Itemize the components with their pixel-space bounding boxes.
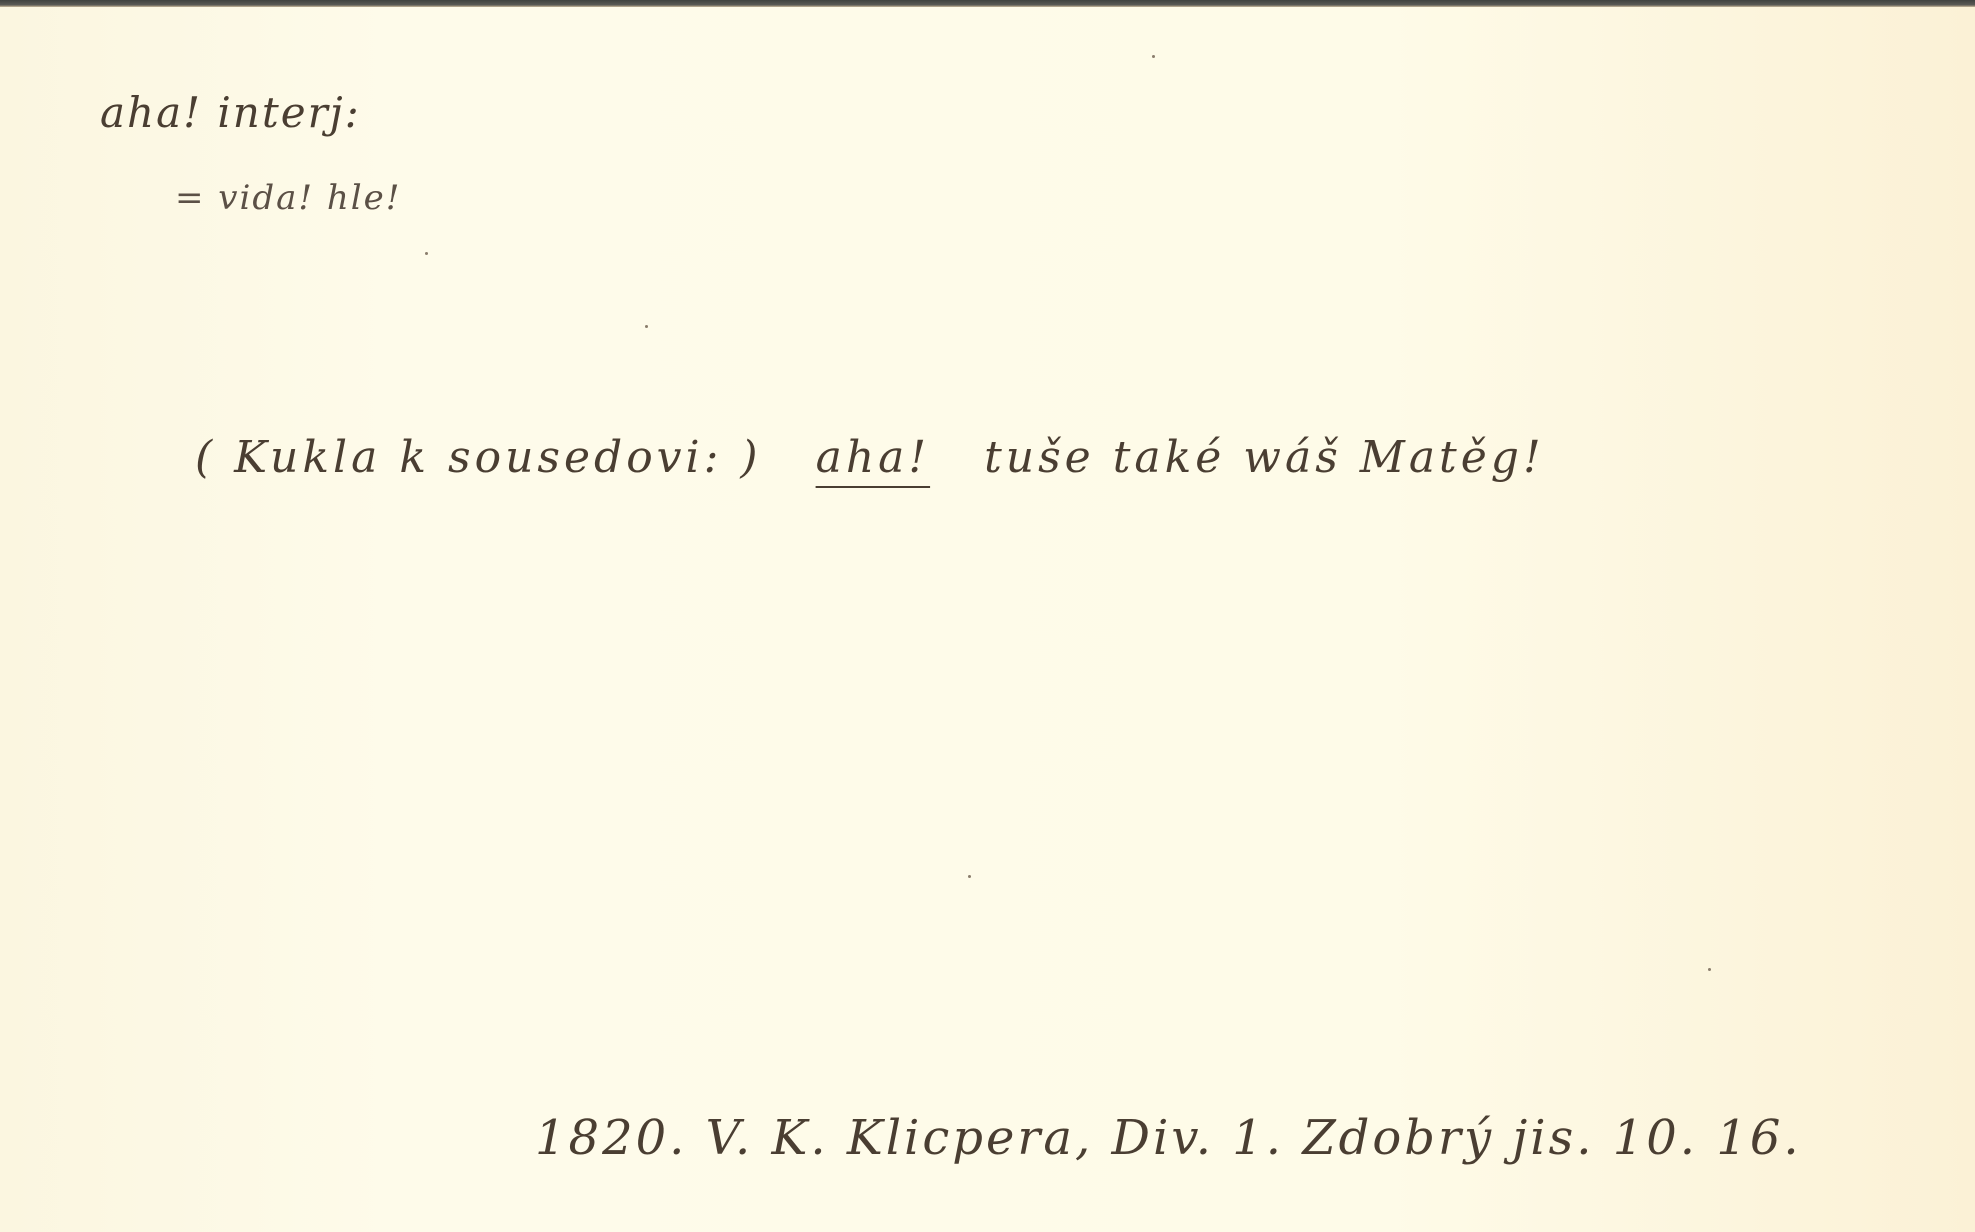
speck bbox=[1708, 968, 1711, 971]
speck bbox=[968, 875, 971, 878]
quote-prefix: ( Kukla k sousedovi: ) bbox=[195, 432, 762, 483]
quote-keyword: aha! bbox=[816, 432, 930, 483]
index-card: aha! interj: = vida! hle! ( Kukla k sous… bbox=[0, 0, 1975, 1232]
speck bbox=[425, 252, 428, 255]
citation-quote: ( Kukla k sousedovi: ) aha! tuše také wá… bbox=[195, 432, 1545, 483]
speck bbox=[645, 325, 648, 328]
gloss: = vida! hle! bbox=[175, 178, 401, 218]
card-top-edge bbox=[0, 0, 1975, 7]
speck bbox=[1152, 55, 1155, 58]
source-reference: 1820. V. K. Klicpera, Div. 1. Zdobrý jis… bbox=[535, 1110, 1802, 1166]
quote-rest: tuše také wáš Matěg! bbox=[984, 432, 1545, 483]
headword: aha! interj: bbox=[100, 88, 361, 137]
